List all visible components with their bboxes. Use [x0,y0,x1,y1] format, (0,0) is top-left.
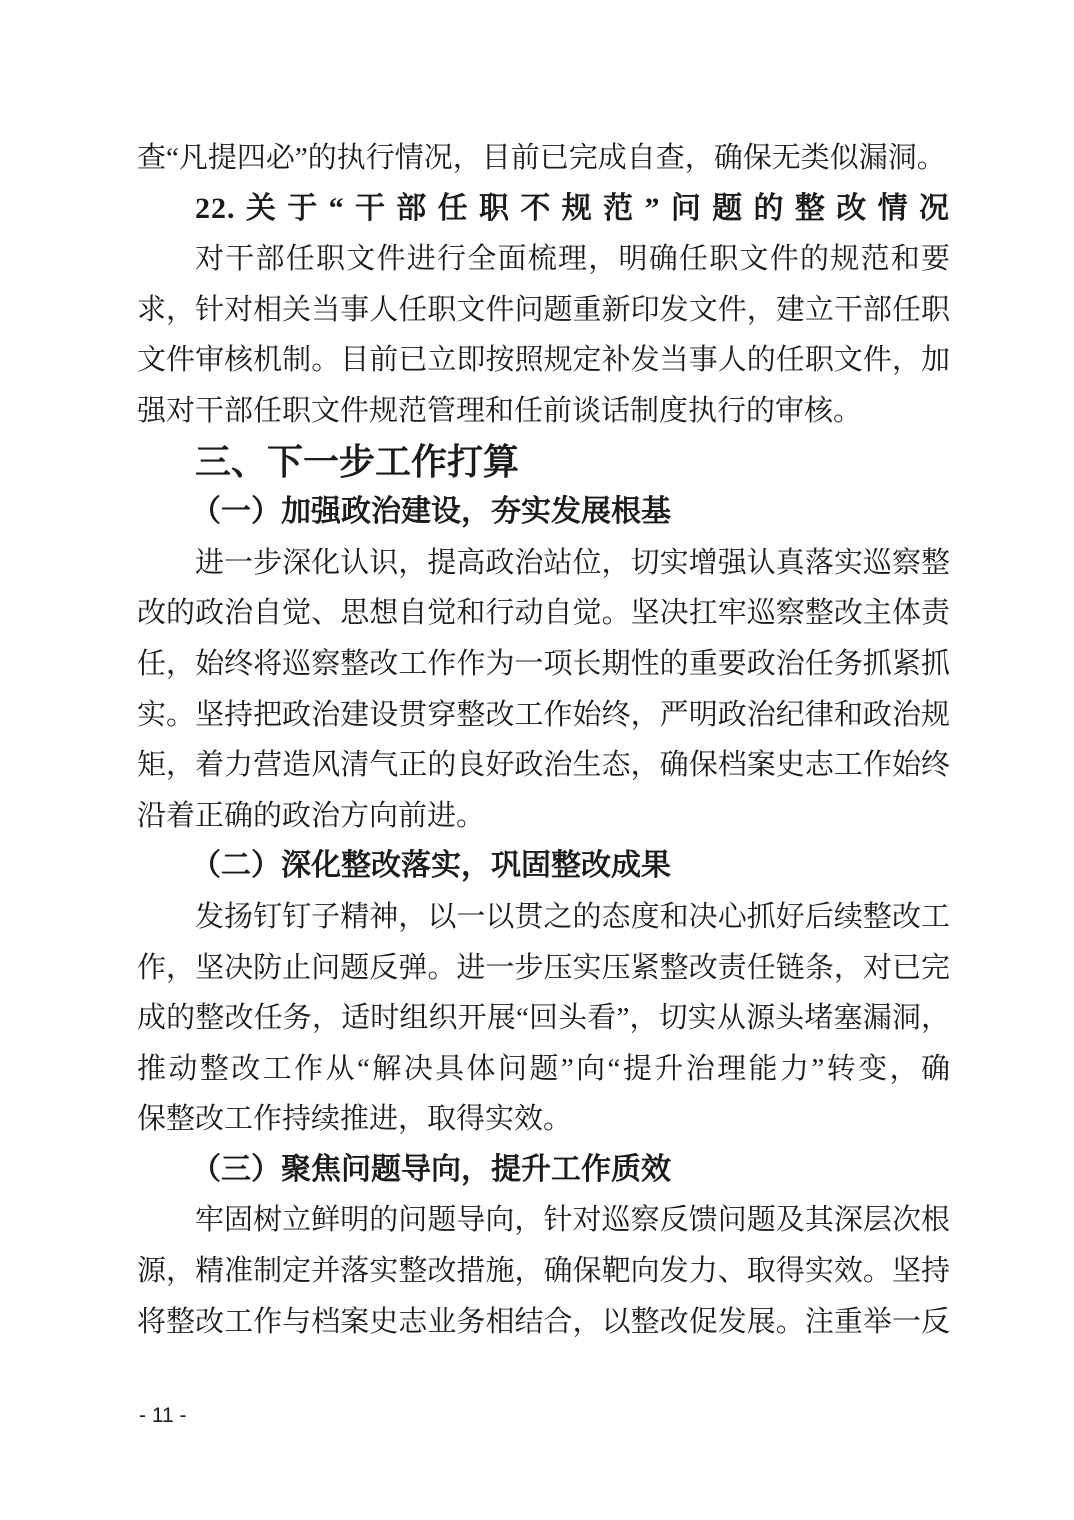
document-page: 查“凡提四必”的执行情况，目前已完成自查，确保无类似漏洞。 22.关于“干部任职… [0,0,1074,1520]
subsection-heading: （二）深化整改落实，巩固整改成果 [137,841,950,892]
paragraph-line: 矩，着力营造风清气正的良好政治生态，确保档案史志工作始终 [137,740,950,791]
paragraph-line: 对干部任职文件进行全面梳理，明确任职文件的规范和要 [137,234,950,285]
section-heading: 三、下一步工作打算 [137,437,950,488]
paragraph-line: 进一步深化认识，提高政治站位，切实增强认真落实巡察整 [137,538,950,589]
paragraph-line: 强对干部任职文件规范管理和任前谈话制度执行的审核。 [137,386,950,437]
paragraph-line: 改的政治自觉、思想自觉和行动自觉。坚决扛牢巡察整改主体责 [137,588,950,639]
document-body: 查“凡提四必”的执行情况，目前已完成自查，确保无类似漏洞。 22.关于“干部任职… [137,133,950,1347]
paragraph-line: 求，针对相关当事人任职文件问题重新印发文件，建立干部任职 [137,285,950,336]
paragraph-line: 保整改工作持续推进，取得实效。 [137,1094,950,1145]
paragraph-line: 文件审核机制。目前已立即按照规定补发当事人的任职文件，加 [137,335,950,386]
paragraph-line: 沿着正确的政治方向前进。 [137,791,950,842]
paragraph-line: 实。坚持把政治建设贯穿整改工作始终，严明政治纪律和政治规 [137,690,950,741]
paragraph-line: 发扬钉钉子精神，以一以贯之的态度和决心抓好后续整改工 [137,892,950,943]
paragraph-line: 牢固树立鲜明的问题导向，针对巡察反馈问题及其深层次根 [137,1195,950,1246]
page-number: - 11 - [139,1404,186,1428]
paragraph-line: 将整改工作与档案史志业务相结合，以整改促发展。注重举一反 [137,1297,950,1348]
paragraph-line: 成的整改任务，适时组织开展“回头看”，切实从源头堵塞漏洞， [137,993,950,1044]
paragraph-line: 推动整改工作从“解决具体问题”向“提升治理能力”转变，确 [137,1044,950,1095]
numbered-heading: 22.关于“干部任职不规范”问题的整改情况 [137,184,950,235]
paragraph-line: 查“凡提四必”的执行情况，目前已完成自查，确保无类似漏洞。 [137,133,950,184]
paragraph-line: 任，始终将巡察整改工作作为一项长期性的重要政治任务抓紧抓 [137,639,950,690]
paragraph-line: 源，精准制定并落实整改措施，确保靶向发力、取得实效。坚持 [137,1246,950,1297]
subsection-heading: （一）加强政治建设，夯实发展根基 [137,487,950,538]
paragraph-line: 作，坚决防止问题反弹。进一步压实压紧整改责任链条，对已完 [137,943,950,994]
subsection-heading: （三）聚焦问题导向，提升工作质效 [137,1145,950,1196]
